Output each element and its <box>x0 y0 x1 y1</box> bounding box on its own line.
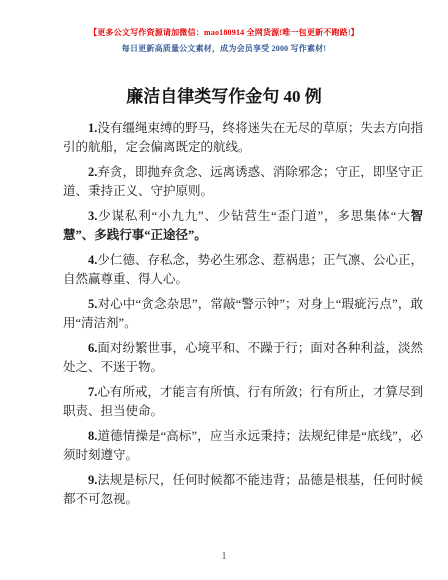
paragraph-text-bold: 5. <box>88 297 97 311</box>
promo-header-line2: 每日更新高质量公文素材，成为会员享受 2000 写作素材! <box>0 41 448 57</box>
promo-header-line1: 【更多公文写作资源请加微信：mao180914 全网货源!唯一包更新不跑路!】 <box>0 25 448 41</box>
paragraph-text-bold: 8. <box>88 429 97 443</box>
paragraph: 6.面对纷繁世事，心境平和、不躁于行；面对各种利益，淡然处之、不迷于物。 <box>63 339 423 377</box>
paragraph-list: 1.没有缰绳束缚的野马，终将迷失在无尽的草原；失去方向指引的航船，定会偏离既定的… <box>63 119 423 509</box>
paragraph-text: 心有所戒，才能言有所慎、行有所敛；行有所止，才算尽到职责、担当使命。 <box>63 385 423 418</box>
paragraph: 2.弃贪，即抛弃贪念、远离诱惑、消除邪念；守正，即坚守正道、秉持正义、守护原则。 <box>63 163 423 201</box>
paragraph-text: 法规是标尺，任何时候都不能违背；品德是根基，任何时候都不可忽视。 <box>63 473 423 506</box>
paragraph-text: 道德情操是“高标”，应当永远秉持；法规纪律是“底线”，必须时刻遵守。 <box>63 429 423 462</box>
paragraph: 9.法规是标尺，任何时候都不能违背；品德是根基，任何时候都不可忽视。 <box>63 471 423 509</box>
paragraph-text-bold: 1. <box>88 121 97 135</box>
paragraph: 4.少仁德、存私念，势必生邪念、惹祸患；正气凛、公心正，自然赢尊重、得人心。 <box>63 251 423 289</box>
paragraph: 1.没有缰绳束缚的野马，终将迷失在无尽的草原；失去方向指引的航船，定会偏离既定的… <box>63 119 423 157</box>
page-number: 1 <box>0 551 448 562</box>
paragraph-text: 弃贪，即抛弃贪念、远离诱惑、消除邪念；守正，即坚守正道、秉持正义、守护原则。 <box>63 165 423 198</box>
paragraph-text-bold: 2. <box>88 165 97 179</box>
paragraph-text-bold: 3. <box>88 209 97 223</box>
paragraph-text: 没有缰绳束缚的野马，终将迷失在无尽的草原；失去方向指引的航船，定会偏离既定的航线… <box>63 121 423 154</box>
paragraph-text: 少谋私利“小九九”、少钻营生“歪门道”，多思集体“大 <box>97 209 410 223</box>
paragraph: 7.心有所戒，才能言有所慎、行有所敛；行有所止，才算尽到职责、担当使命。 <box>63 383 423 421</box>
promo-header: 【更多公文写作资源请加微信：mao180914 全网货源!唯一包更新不跑路!】 … <box>0 25 448 57</box>
document-page: 【更多公文写作资源请加微信：mao180914 全网货源!唯一包更新不跑路!】 … <box>0 0 448 580</box>
paragraph-text: 面对纷繁世事，心境平和、不躁于行；面对各种利益，淡然处之、不迷于物。 <box>63 341 423 374</box>
paragraph: 5.对心中“贪念杂思”，常敲“警示钟”；对身上“瑕疵污点”，敢用“清洁剂”。 <box>63 295 423 333</box>
paragraph: 3.少谋私利“小九九”、少钻营生“歪门道”，多思集体“大智慧”、多践行事“正途径… <box>63 207 423 245</box>
paragraph-text-bold: 4. <box>88 253 97 267</box>
paragraph-text: 少仁德、存私念，势必生邪念、惹祸患；正气凛、公心正，自然赢尊重、得人心。 <box>63 253 423 286</box>
document-title: 廉洁自律类写作金句 40 例 <box>0 85 448 109</box>
paragraph-text: 对心中“贪念杂思”，常敲“警示钟”；对身上“瑕疵污点”，敢用“清洁剂”。 <box>63 297 423 330</box>
paragraph-text-bold: 6. <box>88 341 97 355</box>
paragraph: 8.道德情操是“高标”，应当永远秉持；法规纪律是“底线”，必须时刻遵守。 <box>63 427 423 465</box>
paragraph-text-bold: 9. <box>88 473 97 487</box>
paragraph-text-bold: 7. <box>88 385 97 399</box>
